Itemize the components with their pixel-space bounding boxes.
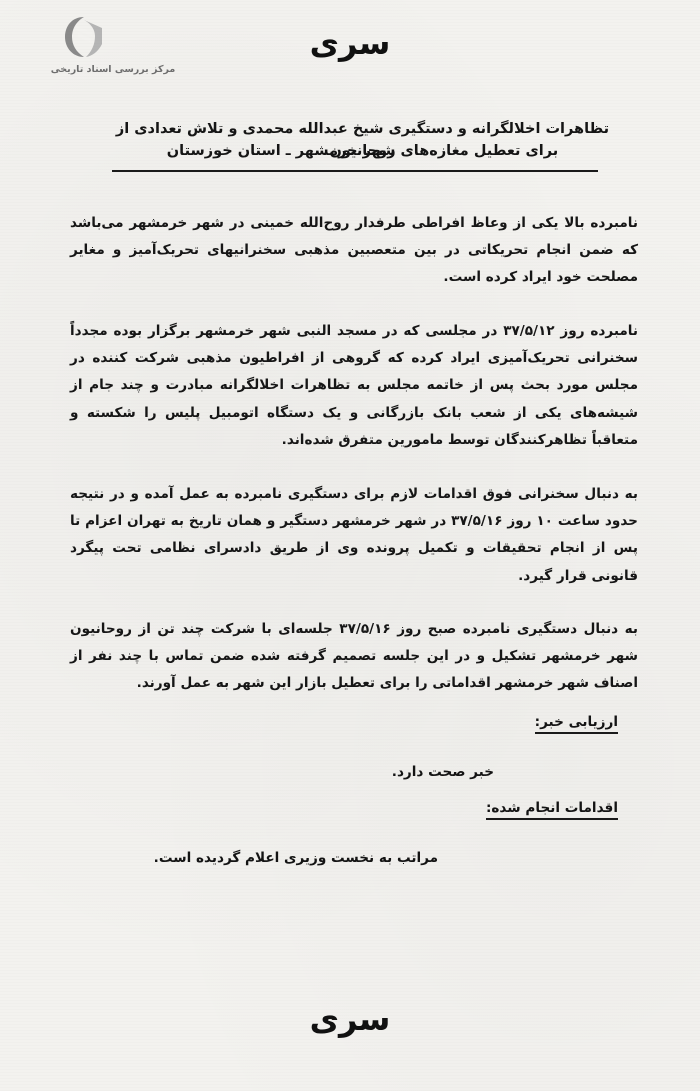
title-underline [112,170,598,172]
evaluation-label: ارزیابی خبر: [535,714,618,734]
actions-taken-value: مراتب به نخست وزیری اعلام گردیده است. [154,850,438,866]
classification-mark-top: سری [0,24,700,62]
evaluation-value: خبر صحت دارد. [392,764,494,780]
paragraph-2: نامبرده روز ۳۷/۵/۱۲ در مجلسی که در مسجد … [70,318,638,454]
paragraph-4: به دنبال دستگیری نامبرده صبح روز ۳۷/۵/۱۶… [70,616,638,698]
paragraph-3: به دنبال سخنرانی فوق اقدامات لازم برای د… [70,481,638,590]
actions-taken-label-text: اقدامات انجام شده: [486,800,618,820]
scanned-document-page: مرکز بررسی اسناد تاریخی سری تظاهرات اخلا… [0,0,700,1091]
evaluation-label-text: ارزیابی خبر: [535,714,618,734]
paragraph-1: نامبرده بالا یکی از وعاظ افراطی طرفدار ر… [70,210,638,292]
watermark-text: مرکز بررسی اسناد تاریخی [48,64,178,75]
document-title-line-2: برای تعطیل مغازه‌های شهر خرمشهر ـ استان … [110,140,615,162]
actions-taken-label: اقدامات انجام شده: [486,800,618,820]
classification-mark-bottom: سری [0,1000,700,1038]
